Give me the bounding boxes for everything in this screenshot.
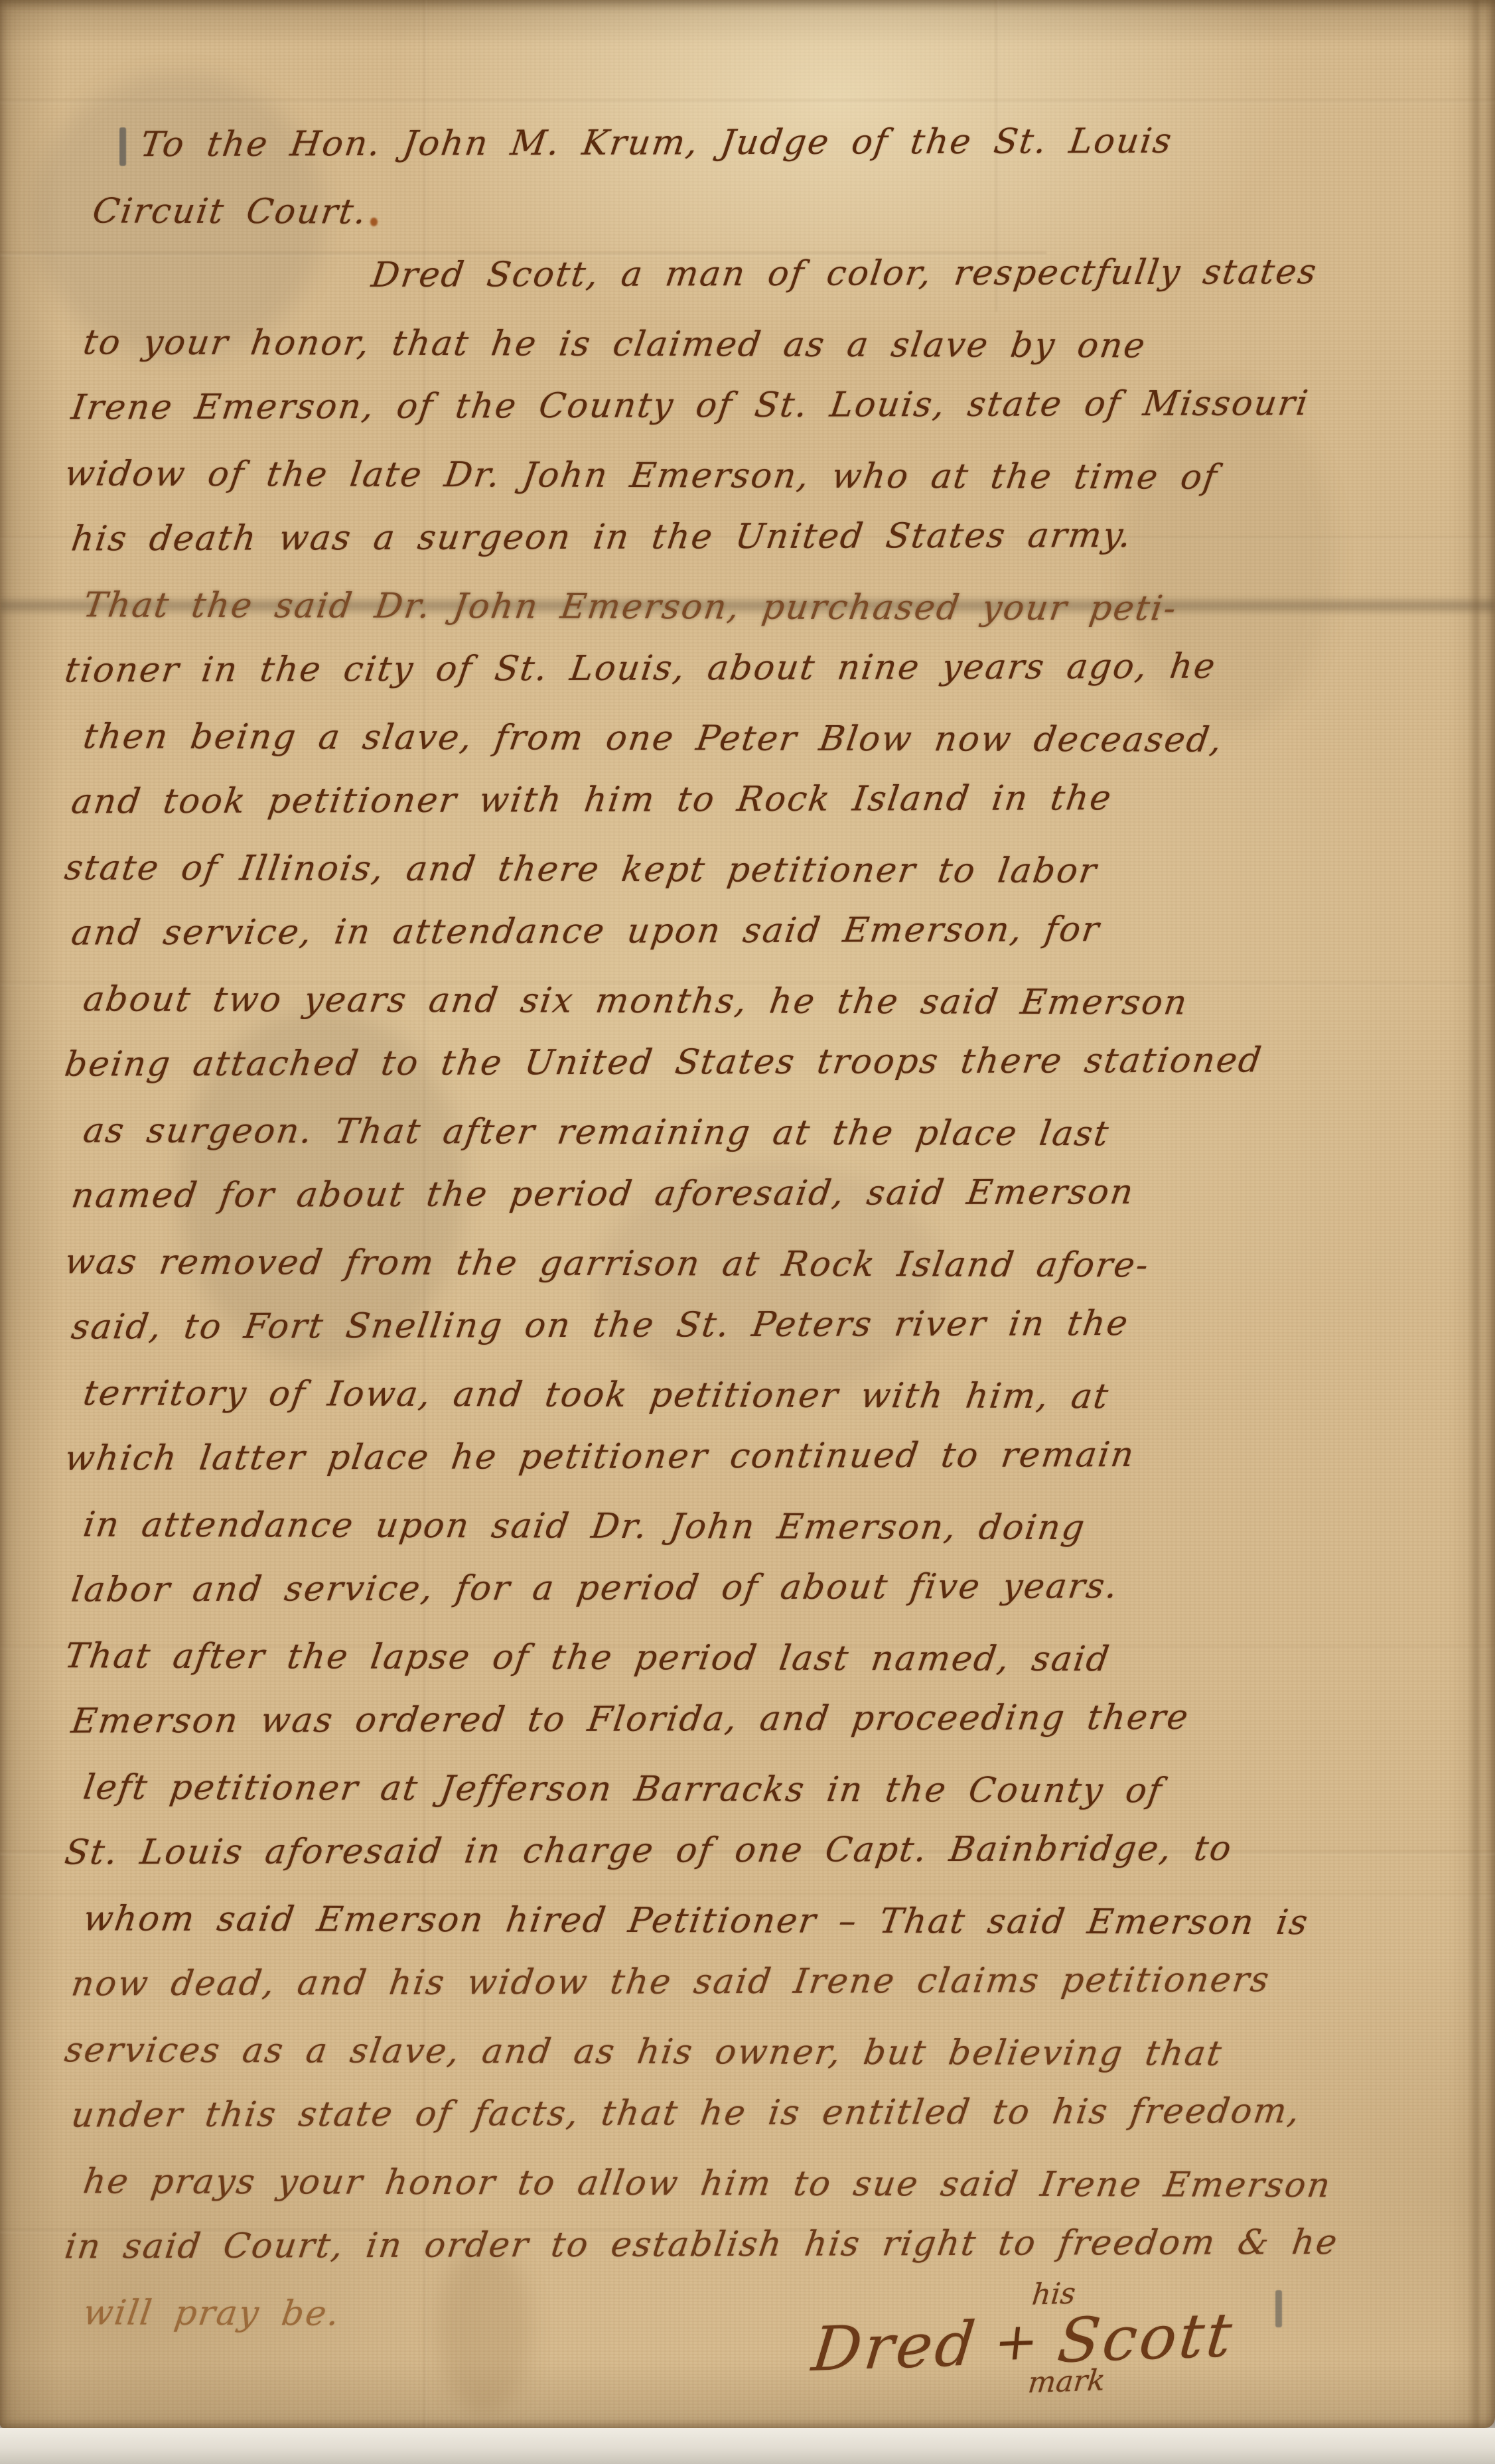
manuscript-line: to your honor, that he is claimed as a s…	[0, 310, 1495, 380]
manuscript-line: left petitioner at Jefferson Barracks in…	[0, 1755, 1495, 1825]
manuscript-line: St. Louis aforesaid in charge of one Cap…	[0, 1815, 1495, 1886]
manuscript-line: Irene Emerson, of the County of St. Loui…	[0, 370, 1495, 441]
manuscript-line: Emerson was ordered to Florida, and proc…	[0, 1684, 1495, 1755]
manuscript-line: That the said Dr. John Emerson, purchase…	[0, 573, 1495, 643]
manuscript-line: whom said Emerson hired Petitioner – Tha…	[0, 1886, 1495, 1956]
manuscript-line: which latter place he petitioner continu…	[0, 1421, 1495, 1492]
petition-text: To the Hon. John M. Krum, Judge of the S…	[0, 113, 1495, 2346]
signature-block: his Dred + Scott mark	[807, 2273, 1241, 2406]
manuscript-line: tioner in the city of St. Louis, about n…	[0, 633, 1495, 704]
manuscript-line: services as a slave, and as his owner, b…	[0, 2018, 1495, 2088]
manuscript-line: as surgeon. That after remaining at the …	[0, 1098, 1495, 1168]
manuscript-line: labor and service, for a period of about…	[0, 1552, 1495, 1623]
paper-sheet: To the Hon. John M. Krum, Judge of the S…	[0, 0, 1495, 2428]
manuscript-line: territory of Iowa, and took petitioner w…	[0, 1361, 1495, 1431]
manuscript-line: in said Court, in order to establish his…	[0, 2209, 1495, 2280]
signature-last-name: Scott	[1054, 2303, 1237, 2373]
manuscript-line: said, to Fort Snelling on the St. Peters…	[0, 1290, 1495, 1361]
manuscript-line: in attendance upon said Dr. John Emerson…	[0, 1492, 1495, 1562]
manuscript-line: being attached to the United States troo…	[0, 1027, 1495, 1098]
manuscript-line: Dred Scott, a man of color, respectfully…	[0, 239, 1495, 310]
manuscript-line: about two years and six months, he the s…	[0, 967, 1495, 1037]
manuscript-line: and service, in attendance upon said Eme…	[0, 896, 1495, 967]
manuscript-line: state of Illinois, and there kept petiti…	[0, 835, 1495, 906]
manuscript-line: then being a slave, from one Peter Blow …	[0, 704, 1495, 774]
manuscript-line: Circuit Court.	[0, 178, 1495, 249]
manuscript-line: named for about the period aforesaid, sa…	[0, 1158, 1495, 1229]
signature-cross-mark: +	[991, 2309, 1044, 2374]
manuscript-line: his death was a surgeon in the United St…	[0, 502, 1495, 573]
manuscript-line: That after the lapse of the period last …	[0, 1623, 1495, 1694]
manuscript-line: he prays your honor to allow him to sue …	[0, 2149, 1495, 2219]
signature-first-name: Dred	[809, 2312, 980, 2382]
scanner-backing-strip	[0, 2428, 1495, 2464]
manuscript-line: widow of the late Dr. John Emerson, who …	[0, 441, 1495, 512]
manuscript-line: To the Hon. John M. Krum, Judge of the S…	[0, 107, 1495, 178]
manuscript-line: will pray be.	[0, 2280, 1495, 2351]
manuscript-line: was removed from the garrison at Rock Is…	[0, 1229, 1495, 1300]
manuscript-line: under this state of facts, that he is en…	[0, 2078, 1495, 2149]
manuscript-line: and took petitioner with him to Rock Isl…	[0, 764, 1495, 835]
manuscript-line: now dead, and his widow the said Irene c…	[0, 1947, 1495, 2018]
scanned-document-page: To the Hon. John M. Krum, Judge of the S…	[0, 0, 1495, 2464]
